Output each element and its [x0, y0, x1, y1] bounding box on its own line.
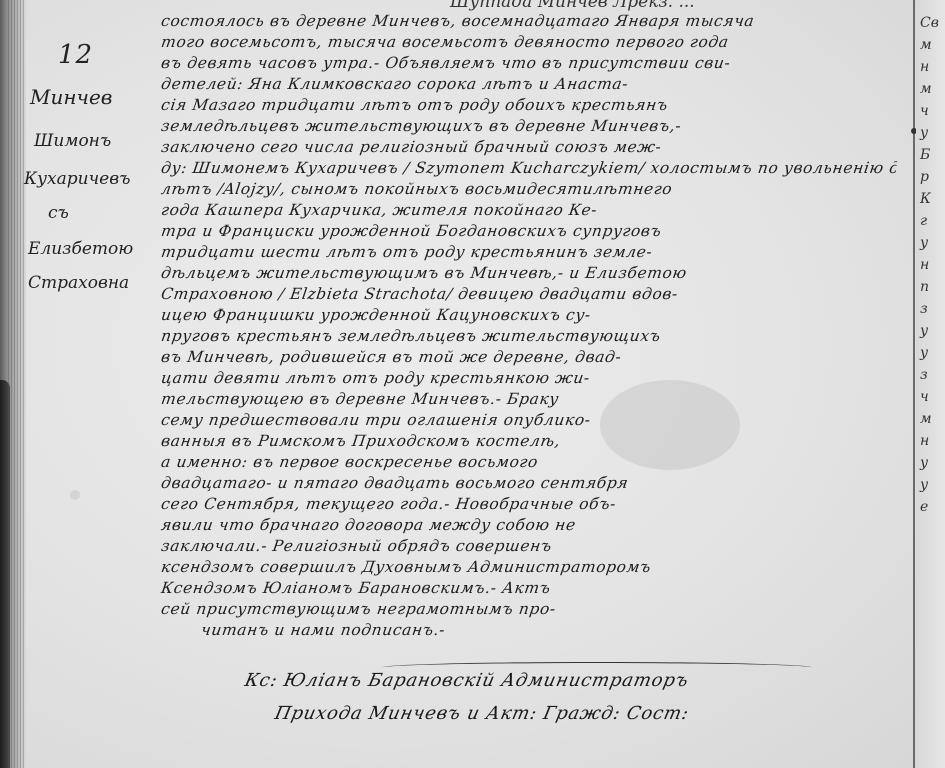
text-line: цати девяти лѣтъ отъ роду крестьянкою жи…: [160, 369, 898, 387]
page-edges: [8, 0, 24, 768]
text-line: тра и Франциски урожденной Богдановскихъ…: [160, 222, 898, 240]
margin-line: Елизбетою: [28, 238, 158, 260]
text-line: состоялось въ деревне Минчевъ, восемнадц…: [160, 12, 898, 30]
text-line: года Кашпера Кухарчика, жителя покойнаго…: [160, 201, 898, 219]
margin-line: Кухаричевъ: [24, 168, 158, 190]
text-line: въ девять часовъ утра.- Объявляемъ что в…: [160, 54, 898, 72]
document-scan: 12 Минчев Шимонъ Кухаричевъ съ Елизбетою…: [0, 0, 945, 768]
adjacent-page-fragment: у: [916, 122, 945, 144]
margin-line: Страховна: [28, 272, 158, 294]
text-line: ксендзомъ совершилъ Духовнымъ Администра…: [160, 558, 898, 576]
adjacent-page-fragment: Св: [916, 0, 945, 34]
text-line: сему предшествовали три оглашенiя опубли…: [160, 411, 898, 429]
adjacent-page-fragment: р: [916, 166, 945, 188]
text-line: Ксендзомъ Юлiаномъ Барановскимъ.- Актъ: [160, 579, 898, 597]
text-line: сей присутствующимъ неграмотнымъ про-: [160, 600, 898, 618]
adjacent-page-fragment: п: [916, 276, 945, 298]
adjacent-page-fragment: н: [916, 254, 945, 276]
margin-line: съ: [48, 202, 158, 224]
adjacent-page-fragment: у: [916, 232, 945, 254]
text-line: земледѣльцевъ жительствующихъ въ деревне…: [160, 117, 898, 135]
signature-line-2: Прихода Минчевъ и Акт: Гражд: Сост:: [273, 703, 691, 724]
text-line: двадцатаго- и пятаго двадцать восьмого с…: [160, 474, 898, 492]
text-line: тридцати шести лѣтъ отъ роду крестьянинъ…: [160, 243, 898, 261]
adjacent-page-fragment: у: [916, 452, 945, 474]
adjacent-page-fragment: м: [916, 34, 945, 56]
text-line: заключено сего числа религiозный брачный…: [160, 138, 898, 156]
adjacent-page-fragment: м: [916, 408, 945, 430]
adjacent-page-fragment: ч: [916, 386, 945, 408]
header-fragment: Шуппада Минчев Лрекз. ...: [450, 0, 695, 12]
text-line: ду: Шимонемъ Кухаричевъ / Szymonem Kucha…: [160, 159, 898, 177]
adjacent-page-fragment: н: [916, 56, 945, 78]
adjacent-page-fragment: у: [916, 474, 945, 496]
adjacent-page-fragment: Б: [916, 144, 945, 166]
page-gutter-rule: [913, 0, 915, 768]
adjacent-page-text: СвмнмчуБрКгунпзуузчмнууе: [916, 0, 945, 518]
adjacent-page-fragment: ч: [916, 100, 945, 122]
text-line: ицею Францишки урожденной Кацуновскихъ с…: [160, 306, 898, 324]
text-line: сего Сентября, текущего года.- Новобрачн…: [160, 495, 898, 513]
text-line: явили что брачнаго договора между собою …: [160, 516, 898, 534]
entry-number: 12: [58, 40, 158, 70]
text-line: ванныя въ Римскомъ Приходскомъ костелѣ,: [160, 432, 898, 450]
text-line: а именно: въ первое воскресенье восьмого: [160, 453, 898, 471]
text-line: лѣтъ /Alojzy/, сыномъ покойныхъ восьмиде…: [160, 180, 898, 198]
adjacent-page-fragment: з: [916, 298, 945, 320]
text-line: сiя Мазаго тридцати лѣтъ отъ роду обоихъ…: [160, 96, 898, 114]
text-line: заключали.- Религiозный обрядъ совершенъ: [160, 537, 898, 555]
paper-stain: [70, 490, 80, 500]
text-line: детелей: Яна Климковскаго сорока лѣтъ и …: [160, 75, 898, 93]
text-line: читанъ и нами подписанъ.-: [200, 621, 938, 639]
margin-annotation: 12 Минчев Шимонъ Кухаричевъ съ Елизбетою…: [28, 40, 158, 294]
text-line: Страховною / Elzbieta Strachota/ девицею…: [160, 285, 898, 303]
adjacent-page-fragment: м: [916, 78, 945, 100]
adjacent-page-fragment: з: [916, 364, 945, 386]
text-line: тельствующею въ деревне Минчевъ.- Браку: [160, 390, 898, 408]
adjacent-page-fragment: К: [916, 188, 945, 210]
adjacent-page-fragment: н: [916, 430, 945, 452]
adjacent-page-fragment: у: [916, 320, 945, 342]
text-line: дѣльцемъ жительствующимъ въ Минчевѣ,- и …: [160, 264, 898, 282]
adjacent-page-fragment: г: [916, 210, 945, 232]
signature-line-1: Кс: Юлiанъ Барановскiй Администраторъ: [243, 670, 691, 691]
text-line: того восемьсотъ, тысяча восемьсотъ девян…: [160, 33, 898, 51]
adjacent-page-fragment: е: [916, 496, 945, 518]
adjacent-page: СвмнмчуБрКгунпзуузчмнууе: [916, 0, 945, 768]
text-line: въ Минчевѣ, родившейся въ той же деревне…: [160, 348, 898, 366]
margin-line: Шимонъ: [34, 130, 158, 152]
margin-line: Минчев: [30, 86, 158, 108]
text-line: пруговъ крестьянъ земледѣльцевъ жительст…: [160, 327, 898, 345]
adjacent-page-fragment: у: [916, 342, 945, 364]
